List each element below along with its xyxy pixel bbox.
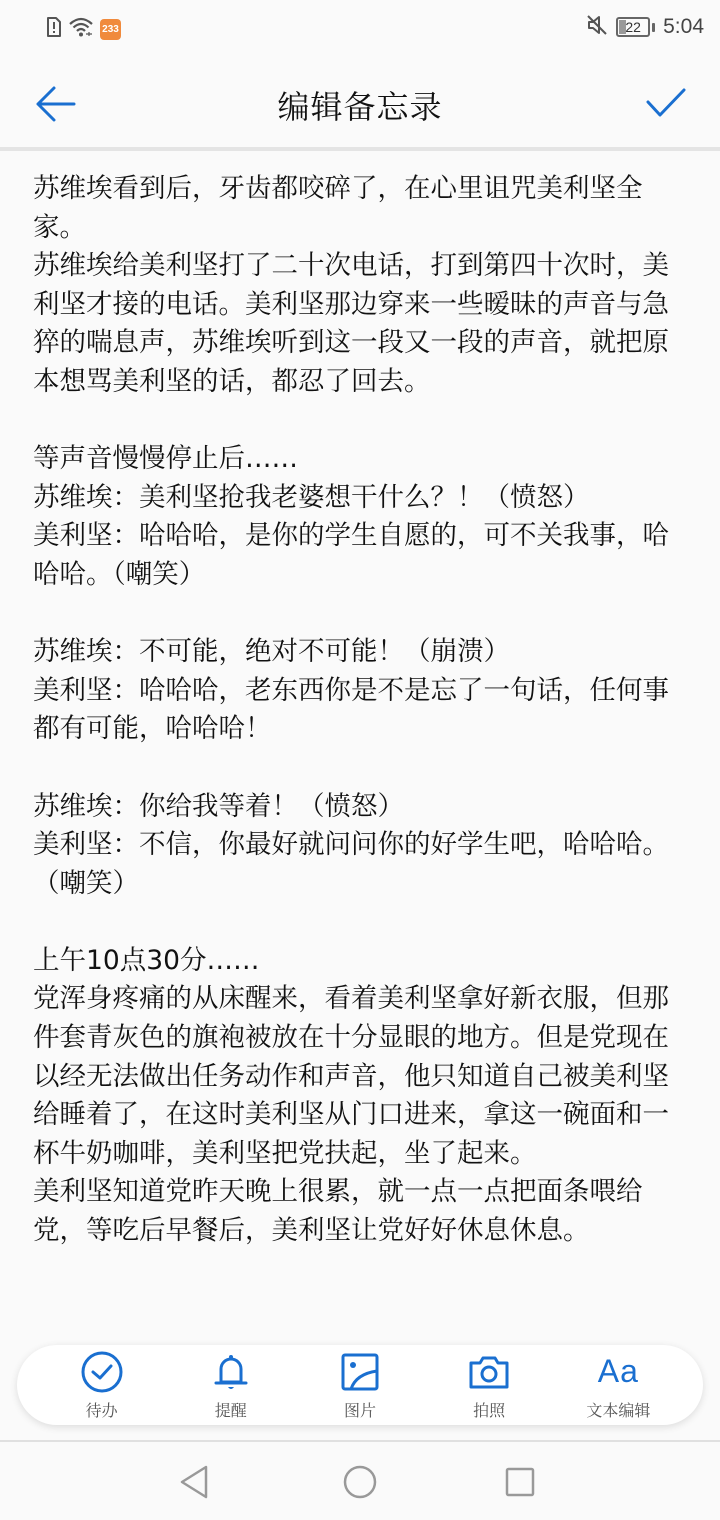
battery-level: 22 bbox=[625, 19, 641, 35]
camera-label: 拍照 bbox=[473, 1398, 505, 1421]
home-circle-icon bbox=[340, 1462, 380, 1502]
header-divider bbox=[0, 147, 720, 151]
clock: 5:04 bbox=[663, 15, 704, 39]
system-nav-bar bbox=[0, 1442, 720, 1520]
note-paragraph: 苏维埃看到后，牙齿都咬碎了，在心里诅咒美利坚全家。 bbox=[33, 170, 673, 247]
back-triangle-icon bbox=[180, 1462, 220, 1502]
status-right: 22 5:04 bbox=[586, 14, 704, 40]
checklist-circle-icon bbox=[80, 1350, 124, 1394]
note-paragraph: 美利坚：不信，你最好就问问你的好学生吧，哈哈哈。（嘲笑） bbox=[33, 826, 673, 903]
text-format-label: 文本编辑 bbox=[586, 1398, 650, 1421]
text-format-button[interactable]: Aa 文本编辑 bbox=[563, 1350, 673, 1421]
image-icon bbox=[338, 1350, 382, 1394]
reminder-button[interactable]: 提醒 bbox=[176, 1350, 286, 1421]
note-paragraph: 苏维埃：不可能，绝对不可能！（崩溃） bbox=[33, 633, 673, 672]
nav-back-button[interactable] bbox=[180, 1462, 220, 1502]
sim-alert-icon bbox=[46, 16, 62, 42]
note-paragraph: 苏维埃：美利坚抢我老婆想干什么？！（愤怒） bbox=[33, 479, 673, 518]
battery-icon: 22 bbox=[616, 17, 655, 37]
note-editor[interactable]: 苏维埃看到后，牙齿都咬碎了，在心里诅咒美利坚全家。 苏维埃给美利坚打了二十次电话… bbox=[33, 170, 673, 1345]
app-notification-badge: 233 bbox=[100, 19, 121, 40]
blank-line bbox=[33, 903, 673, 942]
save-button[interactable] bbox=[640, 82, 690, 126]
mute-icon bbox=[586, 14, 608, 40]
status-bar: 233 22 5:04 bbox=[0, 0, 720, 56]
app-bar: 编辑备忘录 bbox=[0, 56, 720, 148]
note-paragraph: 苏维埃给美利坚打了二十次电话，打到第四十次时，美利坚才接的电话。美利坚那边穿来一… bbox=[33, 247, 673, 401]
checkmark-icon bbox=[640, 82, 690, 126]
note-paragraph: 上午10点30分…… bbox=[33, 942, 673, 981]
note-paragraph: 等声音慢慢停止后…… bbox=[33, 440, 673, 479]
note-paragraph: 美利坚：哈哈哈，老东西你是不是忘了一句话，任何事都有可能，哈哈哈！ bbox=[33, 672, 673, 749]
reminder-label: 提醒 bbox=[215, 1398, 247, 1421]
text-format-icon: Aa bbox=[598, 1353, 639, 1390]
status-left: 233 bbox=[46, 16, 121, 42]
camera-icon bbox=[467, 1350, 511, 1394]
editor-toolbar: 待办 提醒 图片 拍照 Aa 文本编辑 bbox=[17, 1345, 703, 1425]
todo-button[interactable]: 待办 bbox=[47, 1350, 157, 1421]
note-paragraph: 美利坚：哈哈哈，是你的学生自愿的，可不关我事，哈哈哈。（嘲笑） bbox=[33, 517, 673, 594]
blank-line bbox=[33, 595, 673, 634]
camera-button[interactable]: 拍照 bbox=[434, 1350, 544, 1421]
todo-label: 待办 bbox=[86, 1398, 118, 1421]
image-button[interactable]: 图片 bbox=[305, 1350, 415, 1421]
wifi-icon bbox=[68, 16, 94, 42]
page-title: 编辑备忘录 bbox=[0, 82, 720, 128]
blank-line bbox=[33, 749, 673, 788]
bell-icon bbox=[209, 1350, 253, 1394]
nav-recents-button[interactable] bbox=[500, 1462, 540, 1502]
blank-line bbox=[33, 402, 673, 441]
recents-square-icon bbox=[500, 1462, 540, 1502]
nav-home-button[interactable] bbox=[340, 1462, 380, 1502]
note-paragraph: 美利坚知道党昨天晚上很累，就一点一点把面条喂给党，等吃后早餐后，美利坚让党好好休… bbox=[33, 1173, 673, 1250]
image-label: 图片 bbox=[344, 1398, 376, 1421]
note-paragraph: 党浑身疼痛的从床醒来，看着美利坚拿好新衣服，但那件套青灰色的旗袍被放在十分显眼的… bbox=[33, 980, 673, 1173]
note-paragraph: 苏维埃：你给我等着！（愤怒） bbox=[33, 788, 673, 827]
